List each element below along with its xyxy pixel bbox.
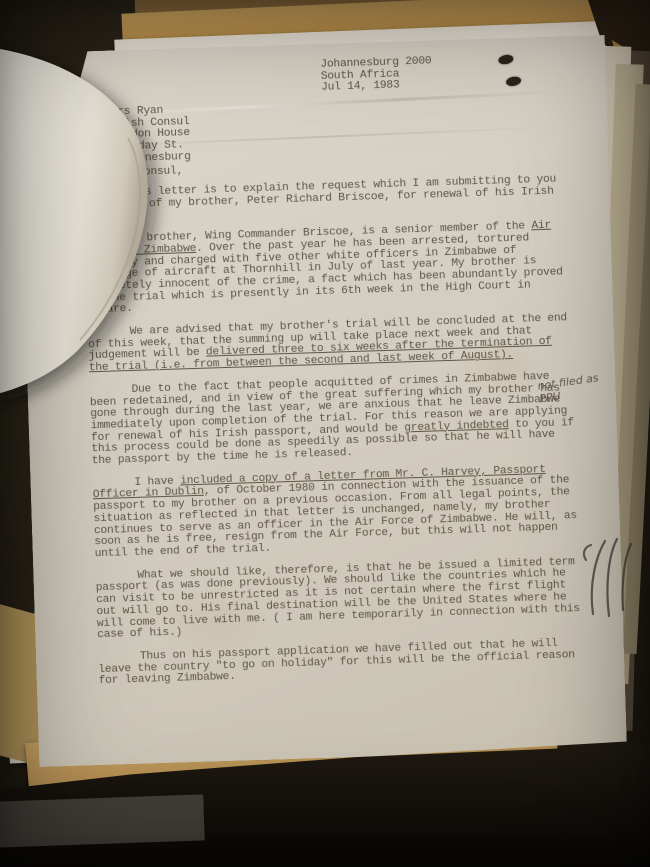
paragraph-text: Thus on his passport application we have… xyxy=(98,638,575,688)
curled-page-corner xyxy=(0,18,228,428)
folder-edge xyxy=(0,794,205,847)
paragraph-text: What we should like, therefore, is that … xyxy=(96,556,580,642)
punch-hole xyxy=(498,54,514,65)
letter-paragraph: What we should like, therefore, is that … xyxy=(95,557,581,642)
photo-of-letter: SEPT. '83 Johannesburg 2000South AfricaJ… xyxy=(0,0,650,867)
pen-scribble xyxy=(578,534,650,622)
letter-paragraph: Thus on his passport application we have… xyxy=(98,638,583,688)
sender-block: Johannesburg 2000South AfricaJul 14, 198… xyxy=(320,56,432,95)
letter-paragraph: I have included a copy of a letter from … xyxy=(92,464,578,561)
sender-line: Jul 14, 1983 xyxy=(321,80,432,95)
punch-hole xyxy=(505,76,521,87)
